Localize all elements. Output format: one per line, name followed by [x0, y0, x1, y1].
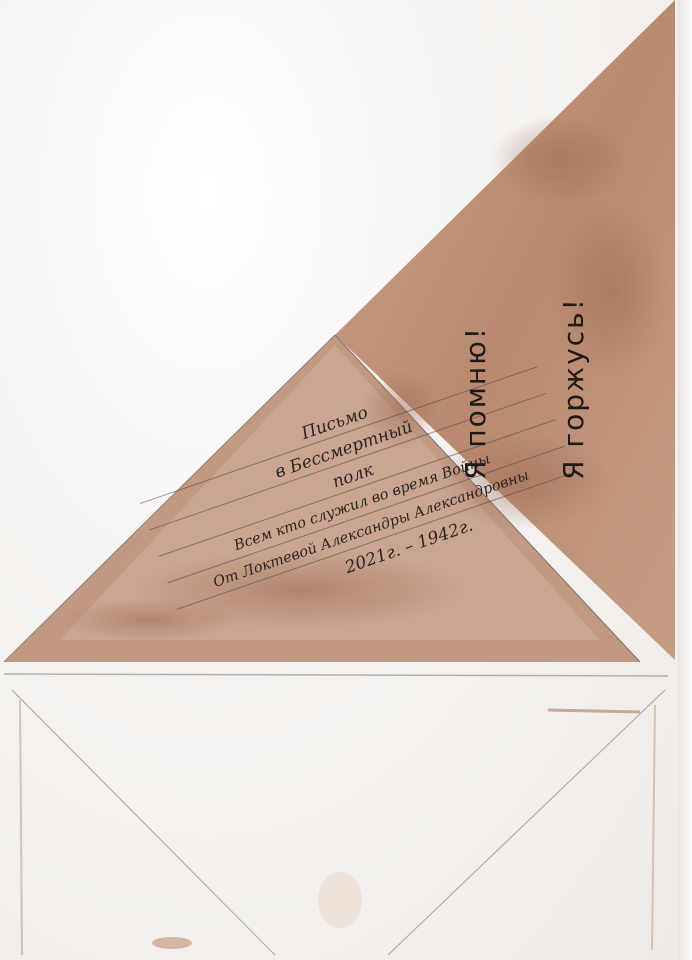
slogan-remember: Я помню!	[450, 297, 502, 480]
slogan-proud: Я горжусь!	[548, 297, 600, 480]
slogans-block: Я помню! Я горжусь!	[450, 297, 600, 480]
